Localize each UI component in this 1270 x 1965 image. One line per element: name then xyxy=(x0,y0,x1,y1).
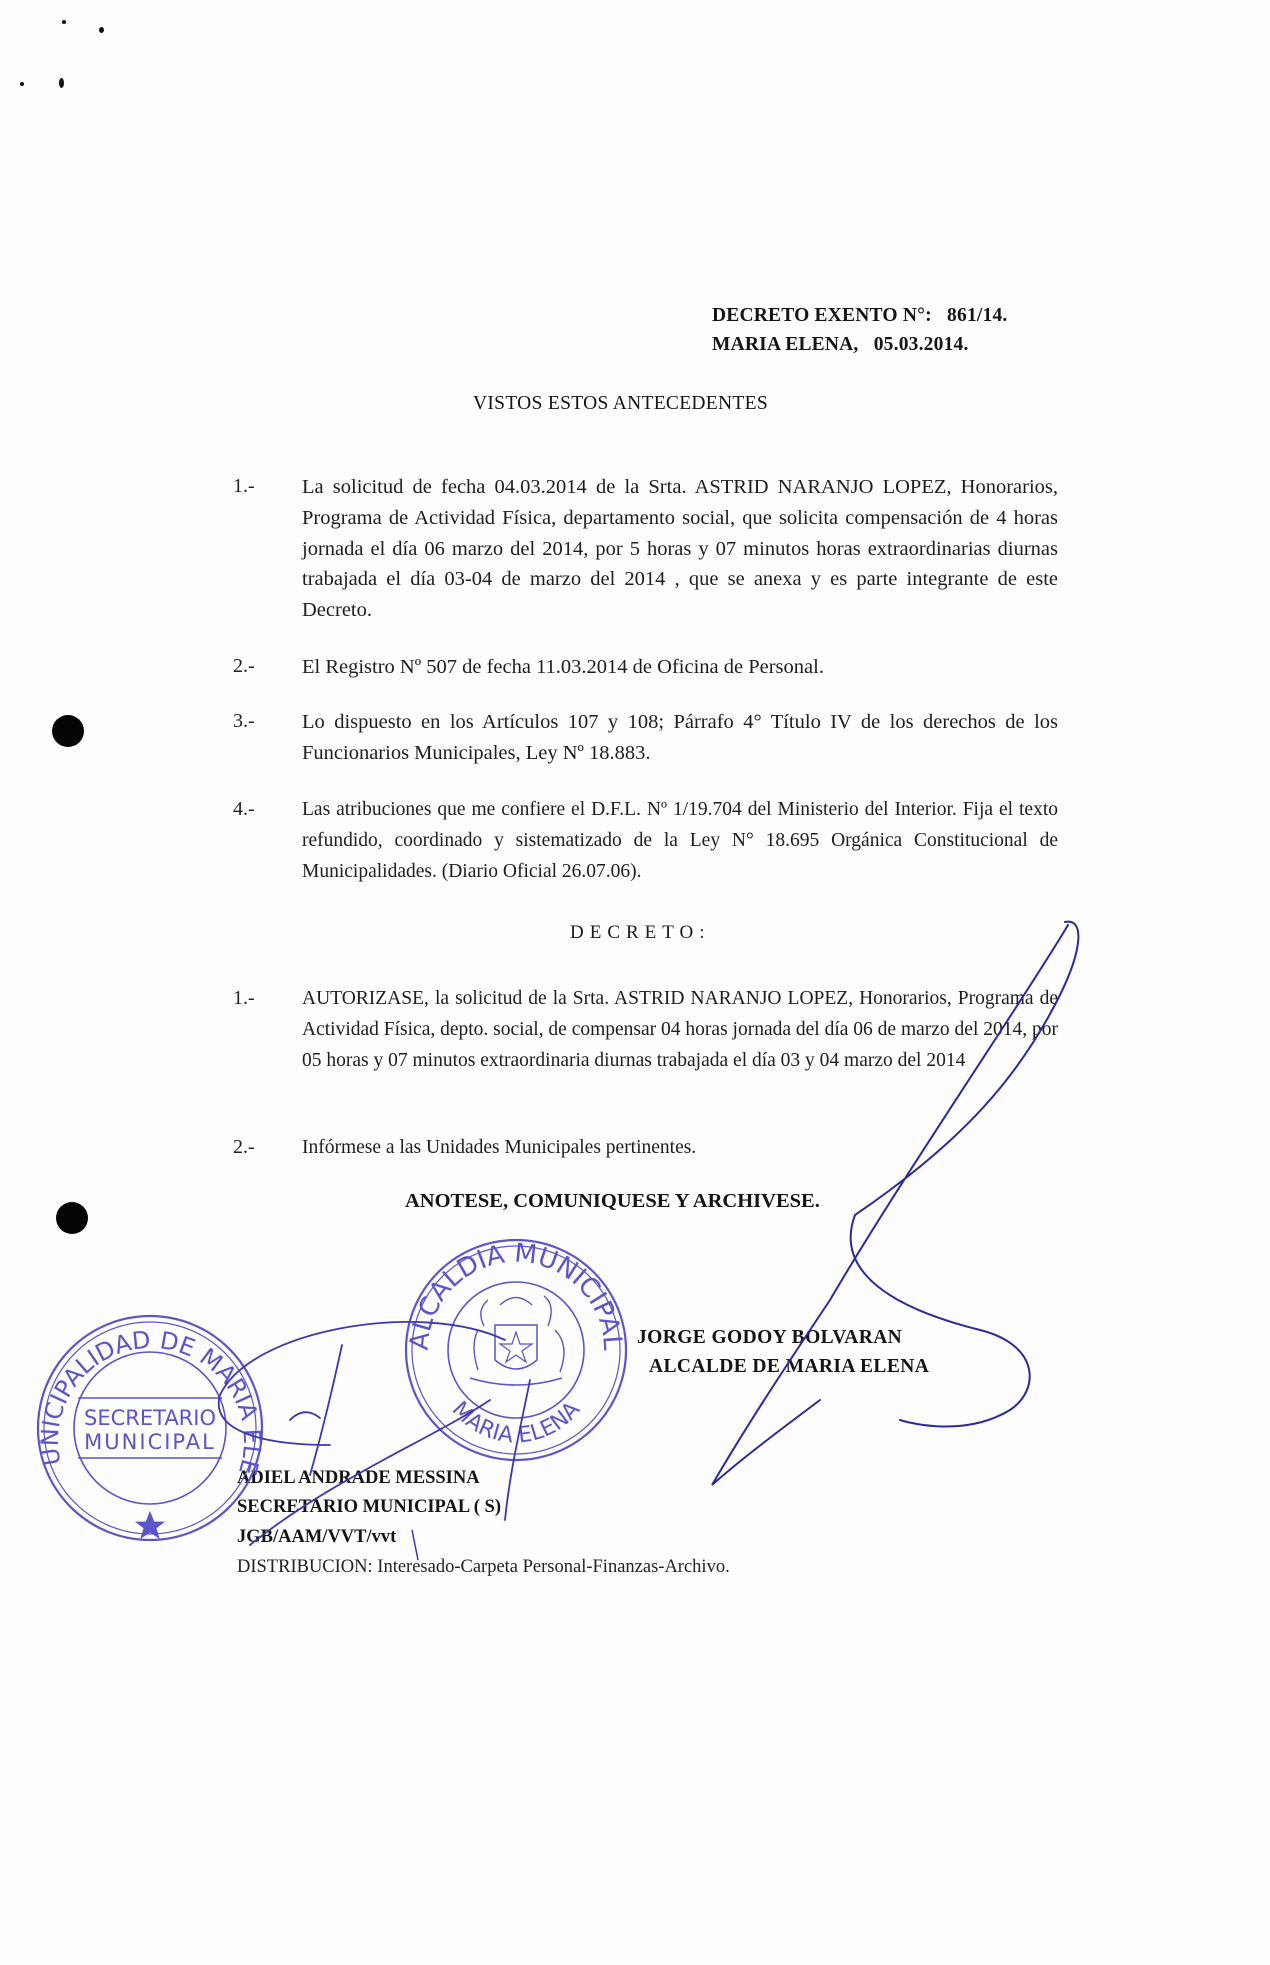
vistos-item-number: 2.- xyxy=(233,655,255,678)
vistos-item-text: Lo dispuesto en los Artículos 107 y 108;… xyxy=(302,707,1058,769)
place-date-line: MARIA ELENA, 05.03.2014. xyxy=(712,334,969,356)
decree-label: DECRETO EXENTO N°: xyxy=(712,305,932,326)
alcalde-role: ALCALDE DE MARIA ELENA xyxy=(649,1356,929,1378)
scan-speck xyxy=(99,27,104,33)
secretaria-stamp-ring-text: I. MUNICIPALIDAD DE MARIA ELENA xyxy=(0,0,266,1478)
vistos-item-text: Las atribuciones que me confiere el D.F.… xyxy=(302,795,1058,887)
vistos-item-text: La solicitud de fecha 04.03.2014 de la S… xyxy=(302,472,1058,626)
vistos-title: VISTOS ESTOS ANTECEDENTES xyxy=(473,393,768,415)
secretaria-stamp-line2: MUNICIPAL xyxy=(84,1430,216,1454)
vistos-item-text: El Registro Nº 507 de fecha 11.03.2014 d… xyxy=(302,652,1058,683)
secretario-name: ADIEL ANDRADE MESSINA xyxy=(237,1468,480,1489)
decreto-title: DECRETO: xyxy=(570,922,711,944)
scanned-decree-page: DECRETO EXENTO N°: 861/14. MARIA ELENA, … xyxy=(0,0,1270,1965)
stamps-and-signatures: ALCALDIA MUNICIPAL MARIA ELENA I. MUNICI… xyxy=(0,0,1270,1965)
decree-date: 05.03.2014. xyxy=(874,334,969,355)
closing-formula: ANOTESE, COMUNIQUESE Y ARCHIVESE. xyxy=(405,1190,820,1213)
secretaria-stamp xyxy=(38,1316,262,1540)
secretaria-stamp-line1: SECRETARIO xyxy=(84,1406,216,1430)
scan-speck xyxy=(20,82,24,86)
alcaldia-stamp xyxy=(406,1240,626,1460)
decree-number: 861/14. xyxy=(947,305,1007,326)
vistos-item-number: 4.- xyxy=(233,798,255,821)
scan-speck xyxy=(59,78,64,88)
vistos-item-number: 1.- xyxy=(233,475,255,498)
distribution-list: DISTRIBUCION: Interesado-Carpeta Persona… xyxy=(237,1557,730,1578)
decreto-item-number: 2.- xyxy=(233,1136,255,1159)
place-label: MARIA ELENA, xyxy=(712,334,859,355)
alcaldia-stamp-bottom-text: MARIA ELENA xyxy=(447,1397,585,1448)
punch-hole xyxy=(56,1202,88,1234)
initials-check-mark xyxy=(412,1530,418,1560)
alcaldia-stamp-top-text: ALCALDIA MUNICIPAL xyxy=(405,1238,628,1351)
alcalde-name: JORGE GODOY BOLVARAN xyxy=(637,1327,902,1349)
decree-number-line: DECRETO EXENTO N°: 861/14. xyxy=(712,305,1008,327)
punch-hole xyxy=(52,715,84,747)
decreto-item-text: Infórmese a las Unidades Municipales per… xyxy=(302,1133,1058,1164)
scan-speck xyxy=(62,20,66,24)
secretario-role: SECRETARIO MUNICIPAL ( S) xyxy=(237,1497,501,1518)
vistos-item-number: 3.- xyxy=(233,710,255,733)
decreto-item-text: AUTORIZASE, la solicitud de la Srta. AST… xyxy=(302,984,1058,1076)
decreto-item-number: 1.- xyxy=(233,987,255,1010)
reference-initials: JGB/AAM/VVT/vvt xyxy=(237,1527,396,1548)
